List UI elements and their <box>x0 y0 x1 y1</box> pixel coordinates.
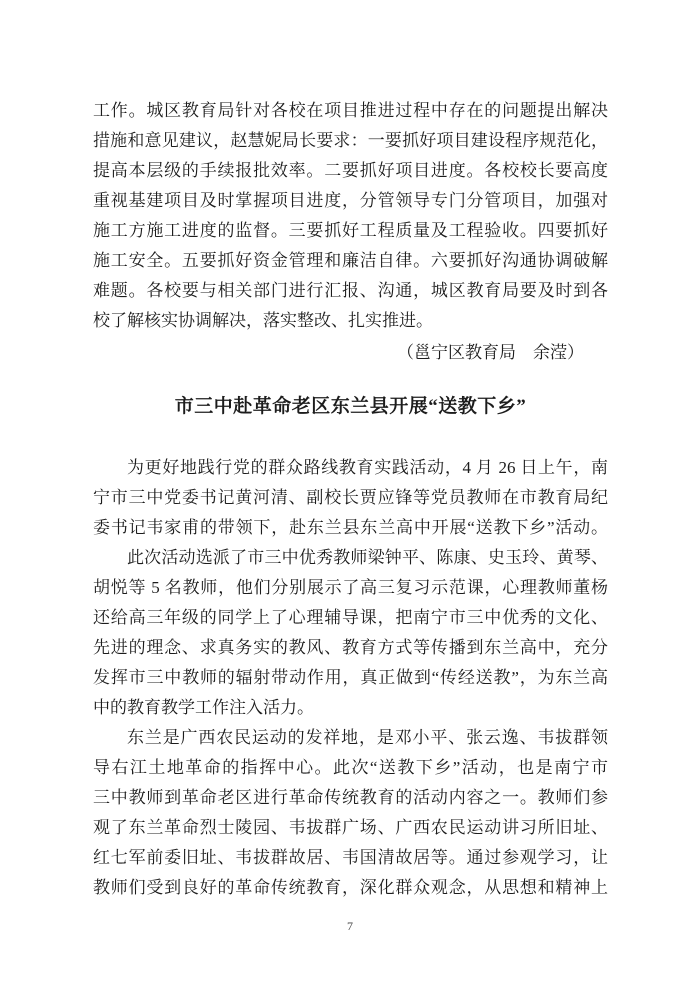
text-line: 教师们受到良好的革命传统教育，深化群众观念，从思想和精神上 <box>93 873 608 903</box>
text-line: 工作。城区教育局针对各校在项目推进过程中存在的问题提出解决 <box>93 96 608 126</box>
document-content: 工作。城区教育局针对各校在项目推进过程中存在的问题提出解决措施和意见建议，赵慧妮… <box>93 96 608 903</box>
document-page: 工作。城区教育局针对各校在项目推进过程中存在的问题提出解决措施和意见建议，赵慧妮… <box>0 0 700 990</box>
body-paragraph: 为更好地践行党的群众路线教育实践活动，4 月 26 日上午，南宁市三中党委书记黄… <box>93 453 608 543</box>
text-line: 重视基建项目及时掌握项目进度，分管领导专门分管项目，加强对 <box>93 186 608 216</box>
text-line: 东兰是广西农民运动的发祥地，是邓小平、张云逸、韦拔群领 <box>93 723 608 753</box>
text-line: 为更好地践行党的群众路线教育实践活动，4 月 26 日上午，南 <box>93 453 608 483</box>
page-number: 7 <box>0 918 700 934</box>
author-attribution: （邕宁区教育局 余滢） <box>93 338 608 368</box>
text-line: 校了解核实协调解决，落实整改、扎实推进。 <box>93 306 608 336</box>
text-line: 施工安全。五要抓好资金管理和廉洁自律。六要抓好沟通协调破解 <box>93 246 608 276</box>
text-line: 还给高三年级的同学上了心理辅导课，把南宁市三中优秀的文化、 <box>93 603 608 633</box>
text-line: 此次活动选派了市三中优秀教师梁钟平、陈康、史玉玲、黄琴、 <box>93 543 608 573</box>
article-title: 市三中赴革命老区东兰县开展“送教下乡” <box>93 392 608 422</box>
text-line: 委书记韦家甫的带领下，赴东兰县东兰高中开展“送教下乡”活动。 <box>93 513 608 543</box>
text-line: 胡悦等 5 名教师，他们分别展示了高三复习示范课，心理教师董杨 <box>93 573 608 603</box>
body-paragraph: 此次活动选派了市三中优秀教师梁钟平、陈康、史玉玲、黄琴、胡悦等 5 名教师，他们… <box>93 543 608 723</box>
text-line: 提高本层级的手续报批效率。二要抓好项目进度。各校校长要高度 <box>93 156 608 186</box>
text-line: 宁市三中党委书记黄河清、副校长贾应锋等党员教师在市教育局纪 <box>93 483 608 513</box>
text-line: 发挥市三中教师的辐射带动作用，真正做到“传经送教”，为东兰高 <box>93 663 608 693</box>
text-line: 三中教师到革命老区进行革命传统教育的活动内容之一。教师们参 <box>93 783 608 813</box>
text-line: 措施和意见建议，赵慧妮局长要求：一要抓好项目建设程序规范化， <box>93 126 608 156</box>
text-line: 施工方施工进度的监督。三要抓好工程质量及工程验收。四要抓好 <box>93 216 608 246</box>
text-line: 导右江土地革命的指挥中心。此次“送教下乡”活动，也是南宁市 <box>93 753 608 783</box>
text-line: 中的教育教学工作注入活力。 <box>93 693 608 723</box>
body-paragraph: 工作。城区教育局针对各校在项目推进过程中存在的问题提出解决措施和意见建议，赵慧妮… <box>93 96 608 336</box>
text-line: 难题。各校要与相关部门进行汇报、沟通，城区教育局要及时到各 <box>93 276 608 306</box>
text-line: 观了东兰革命烈士陵园、韦拔群广场、广西农民运动讲习所旧址、 <box>93 813 608 843</box>
text-line: 先进的理念、求真务实的教风、教育方式等传播到东兰高中，充分 <box>93 633 608 663</box>
body-paragraph: 东兰是广西农民运动的发祥地，是邓小平、张云逸、韦拔群领导右江土地革命的指挥中心。… <box>93 723 608 903</box>
text-line: 红七军前委旧址、韦拔群故居、韦国清故居等。通过参观学习，让 <box>93 843 608 873</box>
